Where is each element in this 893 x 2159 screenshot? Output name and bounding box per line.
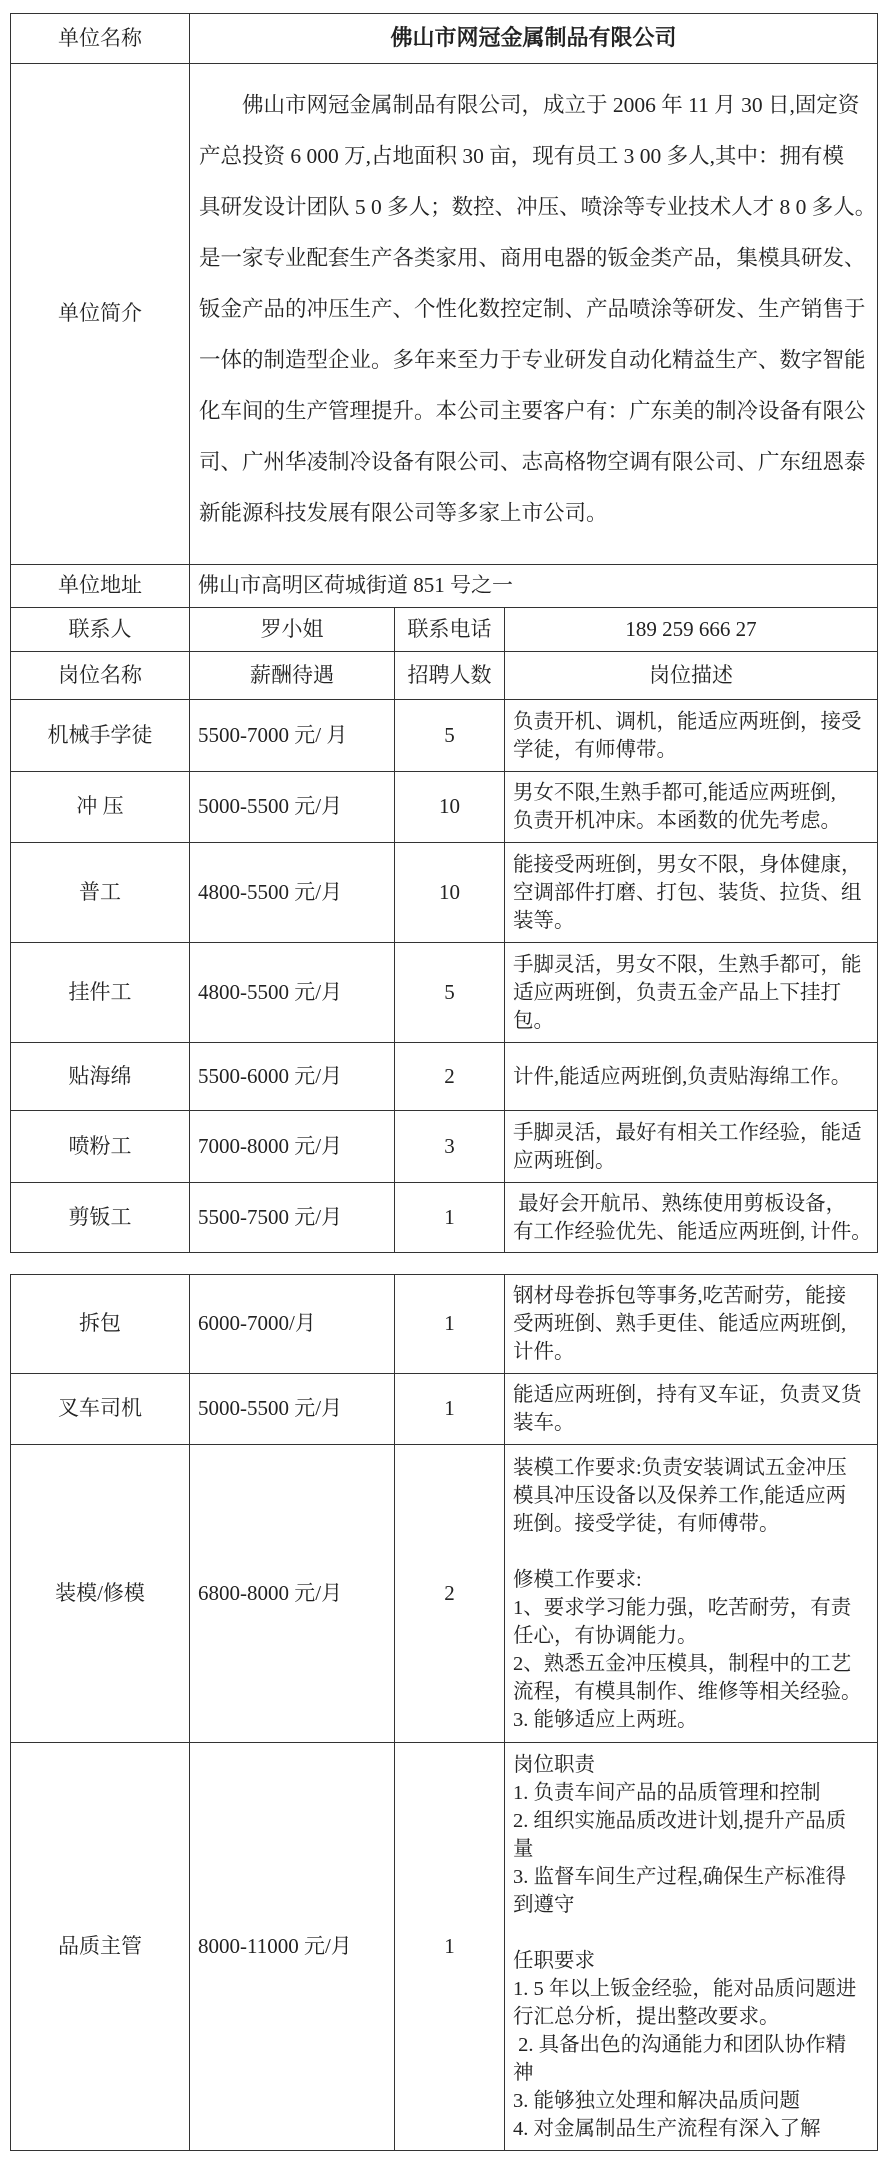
description-line: 装等。 [513,907,873,935]
job-count: 5 [395,943,505,1043]
company-intro-row: 单位简介 佛山市网冠金属制品有限公司，成立于 2006 年 11 月 30 日,… [11,64,878,565]
description-line: 计件,能适应两班倒,负责贴海绵工作。 [513,1063,873,1091]
description-line: 3. 能够适应上两班。 [513,1706,873,1734]
description-line: 4. 对金属制品生产流程有深入了解 [513,2115,873,2143]
contact-label: 联系人 [11,608,190,652]
job-row: 挂件工 4800-5500 元/月 5 手脚灵活，男女不限，生熟手都可，能 适应… [11,943,878,1043]
description-line: 装车。 [513,1409,873,1437]
description-line: 3. 能够独立处理和解决品质问题 [513,2087,873,2115]
job-title: 装模/修模 [11,1445,190,1743]
description-line: 有工作经验优先、能适应两班倒, 计件。 [513,1218,873,1246]
description-line: 1. 负责车间产品的品质管理和控制 [513,1779,873,1807]
job-title: 喷粉工 [11,1111,190,1183]
address-value: 佛山市高明区荷城街道 851 号之一 [190,565,878,608]
job-count: 10 [395,843,505,943]
phone-label: 联系电话 [395,608,505,652]
description-line: 手脚灵活，最好有相关工作经验，能适 [513,1119,873,1147]
company-intro-label: 单位简介 [11,64,190,565]
description-line: 手脚灵活，男女不限，生熟手都可，能 [513,951,873,979]
job-count: 3 [395,1111,505,1183]
job-description: 岗位职责 1. 负责车间产品的品质管理和控制 2. 组织实施品质改进计划,提升产… [505,1743,878,2151]
jobs-continued-table: 拆包 6000-7000/月 1 钢材母卷拆包等事务,吃苦耐劳，能接 受两班倒、… [10,1274,878,2151]
intro-line: 新能源科技发展有限公司等多家上市公司。 [199,488,873,539]
job-description: 能接受两班倒，男女不限，身体健康， 空调部件打磨、打包、装货、拉货、组 装等。 [505,843,878,943]
job-title: 机械手学徒 [11,700,190,772]
intro-line: 钣金产品的冲压生产、个性化数控定制、产品喷涂等研发、生产销售于 [199,284,873,335]
company-intro-text: 佛山市网冠金属制品有限公司，成立于 2006 年 11 月 30 日,固定资 产… [190,64,878,565]
job-description: 计件,能适应两班倒,负责贴海绵工作。 [505,1043,878,1111]
description-line: 最好会开航吊、熟练使用剪板设备， [513,1190,873,1218]
job-title: 贴海绵 [11,1043,190,1111]
description-line: 装模工作要求:负责安装调试五金冲压 [513,1454,873,1482]
job-count: 5 [395,700,505,772]
job-count: 1 [395,1183,505,1253]
job-title: 普工 [11,843,190,943]
job-title: 挂件工 [11,943,190,1043]
contact-row: 联系人 罗小姐 联系电话 189 259 666 27 [11,608,878,652]
description-line: 包。 [513,1007,873,1035]
jobs-header-row: 岗位名称 薪酬待遇 招聘人数 岗位描述 [11,652,878,700]
description-line: 受两班倒、熟手更佳、能适应两班倒, [513,1310,873,1338]
description-line: 行汇总分析，提出整改要求。 [513,2003,873,2031]
contact-name: 罗小姐 [190,608,395,652]
job-row: 装模/修模 6800-8000 元/月 2 装模工作要求:负责安装调试五金冲压 … [11,1445,878,1743]
job-title: 叉车司机 [11,1374,190,1445]
job-description: 负责开机、调机，能适应两班倒，接受 学徒，有师傅带。 [505,700,878,772]
description-line: 负责开机、调机，能适应两班倒，接受 [513,708,873,736]
description-line: 修模工作要求: [513,1566,873,1594]
job-row: 拆包 6000-7000/月 1 钢材母卷拆包等事务,吃苦耐劳，能接 受两班倒、… [11,1275,878,1374]
job-salary: 5500-7000 元/ 月 [190,700,395,772]
description-line: 适应两班倒，负责五金产品上下挂打 [513,979,873,1007]
description-line: 神 [513,2059,873,2087]
job-count: 1 [395,1374,505,1445]
description-line: 男女不限,生熟手都可,能适应两班倒, [513,779,873,807]
job-count: 2 [395,1043,505,1111]
job-salary: 6000-7000/月 [190,1275,395,1374]
job-row: 冲 压 5000-5500 元/月 10 男女不限,生熟手都可,能适应两班倒, … [11,772,878,843]
description-line: 1、要求学习能力强，吃苦耐劳，有责 [513,1594,873,1622]
header-description: 岗位描述 [505,652,878,700]
intro-line: 具研发设计团队 5 0 多人；数控、冲压、喷涂等专业技术人才 8 0 多人。 [199,182,873,233]
header-count: 招聘人数 [395,652,505,700]
job-salary: 8000-11000 元/月 [190,1743,395,2151]
job-count: 10 [395,772,505,843]
job-description: 男女不限,生熟手都可,能适应两班倒, 负责开机冲床。本函数的优先考虑。 [505,772,878,843]
address-label: 单位地址 [11,565,190,608]
job-salary: 7000-8000 元/月 [190,1111,395,1183]
description-line: 流程，有模具制作、维修等相关经验。 [513,1678,873,1706]
job-description: 手脚灵活，最好有相关工作经验，能适 应两班倒。 [505,1111,878,1183]
description-line: 量 [513,1835,873,1863]
job-row: 贴海绵 5500-6000 元/月 2 计件,能适应两班倒,负责贴海绵工作。 [11,1043,878,1111]
job-row: 普工 4800-5500 元/月 10 能接受两班倒，男女不限，身体健康， 空调… [11,843,878,943]
description-line [513,1538,873,1566]
description-line: 3. 监督车间生产过程,确保生产标准得 [513,1863,873,1891]
description-line: 能适应两班倒，持有叉车证，负责叉货 [513,1381,873,1409]
job-count: 1 [395,1275,505,1374]
company-name-row: 单位名称 佛山市网冠金属制品有限公司 [11,14,878,64]
description-line: 岗位职责 [513,1751,873,1779]
intro-line: 是一家专业配套生产各类家用、商用电器的钣金类产品，集模具研发、 [199,233,873,284]
job-salary: 6800-8000 元/月 [190,1445,395,1743]
job-row: 叉车司机 5000-5500 元/月 1 能适应两班倒，持有叉车证，负责叉货 装… [11,1374,878,1445]
description-line: 班倒。接受学徒，有师傅带。 [513,1510,873,1538]
description-line: 2、熟悉五金冲压模具，制程中的工艺 [513,1650,873,1678]
company-name: 佛山市网冠金属制品有限公司 [190,14,878,64]
company-info-table: 单位名称 佛山市网冠金属制品有限公司 单位简介 佛山市网冠金属制品有限公司，成立… [10,13,878,1253]
description-line: 钢材母卷拆包等事务,吃苦耐劳，能接 [513,1282,873,1310]
job-count: 1 [395,1743,505,2151]
description-line: 应两班倒。 [513,1147,873,1175]
description-line: 2. 组织实施品质改进计划,提升产品质 [513,1807,873,1835]
job-title: 拆包 [11,1275,190,1374]
intro-line: 司、广州华凌制冷设备有限公司、志高格物空调有限公司、广东纽恩泰 [199,437,873,488]
job-salary: 5000-5500 元/月 [190,1374,395,1445]
description-line: 空调部件打磨、打包、装货、拉货、组 [513,879,873,907]
description-line: 模具冲压设备以及保养工作,能适应两 [513,1482,873,1510]
job-description: 手脚灵活，男女不限，生熟手都可，能 适应两班倒，负责五金产品上下挂打 包。 [505,943,878,1043]
job-row: 机械手学徒 5500-7000 元/ 月 5 负责开机、调机，能适应两班倒，接受… [11,700,878,772]
job-salary: 5500-6000 元/月 [190,1043,395,1111]
description-line [513,1919,873,1947]
job-count: 2 [395,1445,505,1743]
job-title: 品质主管 [11,1743,190,2151]
intro-line: 产总投资 6 000 万,占地面积 30 亩，现有员工 3 00 多人,其中：拥… [199,131,873,182]
job-description: 装模工作要求:负责安装调试五金冲压 模具冲压设备以及保养工作,能适应两 班倒。接… [505,1445,878,1743]
description-line: 到遵守 [513,1891,873,1919]
job-row: 剪钣工 5500-7500 元/月 1 最好会开航吊、熟练使用剪板设备， 有工作… [11,1183,878,1253]
header-salary: 薪酬待遇 [190,652,395,700]
header-job-title: 岗位名称 [11,652,190,700]
intro-line: 化车间的生产管理提升。本公司主要客户有：广东美的制冷设备有限公 [199,386,873,437]
intro-line: 佛山市网冠金属制品有限公司，成立于 2006 年 11 月 30 日,固定资 [199,80,873,131]
job-title: 冲 压 [11,772,190,843]
description-line: 学徒，有师傅带。 [513,736,873,764]
job-salary: 5000-5500 元/月 [190,772,395,843]
job-description: 钢材母卷拆包等事务,吃苦耐劳，能接 受两班倒、熟手更佳、能适应两班倒, 计件。 [505,1275,878,1374]
description-line: 1. 5 年以上钣金经验，能对品质问题进 [513,1975,873,2003]
job-salary: 5500-7500 元/月 [190,1183,395,1253]
job-description: 能适应两班倒，持有叉车证，负责叉货 装车。 [505,1374,878,1445]
description-line: 能接受两班倒，男女不限，身体健康， [513,851,873,879]
intro-line: 一体的制造型企业。多年来至力于专业研发自动化精益生产、数字智能 [199,335,873,386]
description-line: 2. 具备出色的沟通能力和团队协作精 [513,2031,873,2059]
description-line: 任心，有协调能力。 [513,1622,873,1650]
company-name-label: 单位名称 [11,14,190,64]
job-title: 剪钣工 [11,1183,190,1253]
job-row: 喷粉工 7000-8000 元/月 3 手脚灵活，最好有相关工作经验，能适 应两… [11,1111,878,1183]
job-row: 品质主管 8000-11000 元/月 1 岗位职责 1. 负责车间产品的品质管… [11,1743,878,2151]
description-line: 任职要求 [513,1947,873,1975]
job-salary: 4800-5500 元/月 [190,943,395,1043]
description-line: 负责开机冲床。本函数的优先考虑。 [513,807,873,835]
address-row: 单位地址 佛山市高明区荷城街道 851 号之一 [11,565,878,608]
description-line: 计件。 [513,1338,873,1366]
phone-number: 189 259 666 27 [505,608,878,652]
job-description: 最好会开航吊、熟练使用剪板设备， 有工作经验优先、能适应两班倒, 计件。 [505,1183,878,1253]
job-salary: 4800-5500 元/月 [190,843,395,943]
